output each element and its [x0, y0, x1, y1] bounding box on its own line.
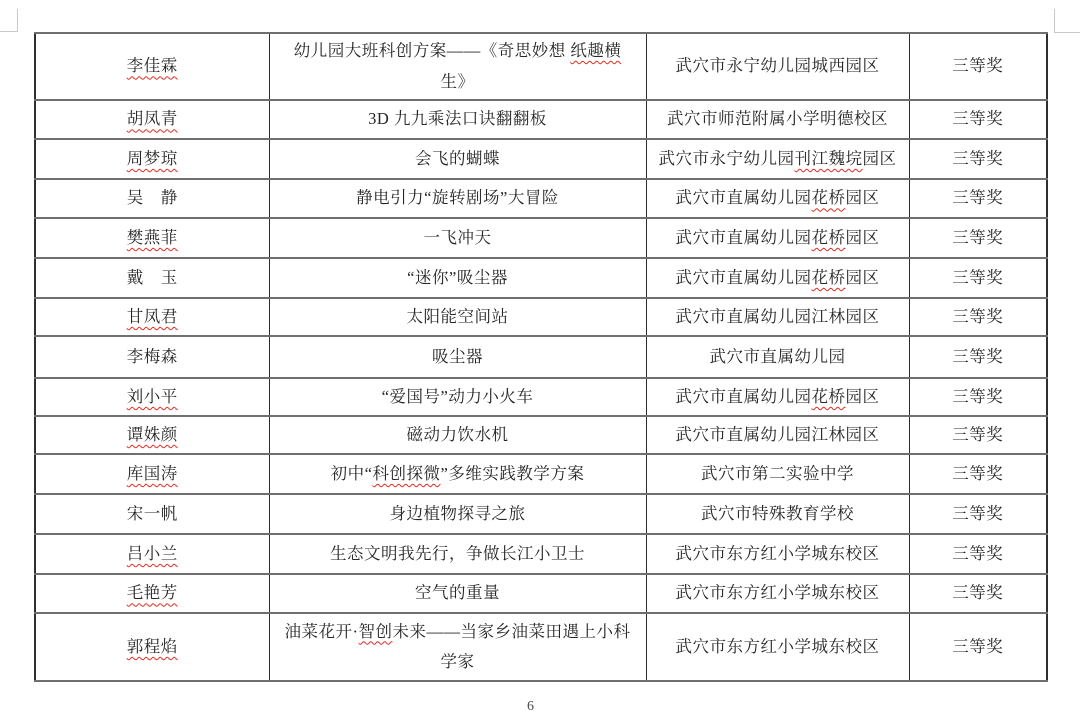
name-cell: 毛艳芳 [35, 574, 269, 613]
project-cell: “爱国号”动力小火车 [269, 378, 646, 416]
project-cell: “迷你”吸尘器 [269, 258, 646, 298]
cell-text: 园区 [846, 268, 880, 287]
name-cell: 谭姝颜 [35, 416, 269, 454]
cell-text: 武穴市直属幼儿园 [676, 268, 812, 287]
cell-text: 初中“ [331, 464, 373, 483]
table-row: 戴 玉“迷你”吸尘器武穴市直属幼儿园花桥园区三等奖 [35, 258, 1047, 298]
award-cell: 三等奖 [909, 258, 1047, 298]
spellcheck-squiggle-text: 胡凤青 [127, 109, 178, 128]
award-cell: 三等奖 [909, 33, 1047, 100]
name-cell: 樊燕菲 [35, 218, 269, 258]
cell-text: 宋一帆 [127, 504, 178, 523]
table-row: 胡凤青3D 九九乘法口诀翻翻板武穴市师范附属小学明德校区三等奖 [35, 100, 1047, 139]
award-cell: 三等奖 [909, 218, 1047, 258]
cell-text: 学家 [441, 652, 475, 671]
school-cell: 武穴市永宁幼儿园城西园区 [646, 33, 909, 100]
project-cell: 生态文明我先行，争做长江小卫士 [269, 534, 646, 574]
spellcheck-squiggle-text: 刊江魏垸 [795, 149, 863, 168]
award-cell: 三等奖 [909, 454, 1047, 494]
cell-text: 一飞冲天 [424, 228, 492, 247]
school-cell: 武穴市东方红小学城东校区 [646, 613, 909, 681]
spellcheck-squiggle-text: 毛艳芳 [127, 583, 178, 602]
table-row: 周梦琼会飞的蝴蝶武穴市永宁幼儿园刊江魏垸园区三等奖 [35, 139, 1047, 179]
spellcheck-squiggle-text: 花桥 [812, 188, 846, 207]
table-row: 库国涛初中“科创探微”多维实践教学方案武穴市第二实验中学三等奖 [35, 454, 1047, 494]
table-row: 樊燕菲一飞冲天武穴市直属幼儿园花桥园区三等奖 [35, 218, 1047, 258]
cell-text: 武穴市师范附属小学明德校区 [667, 109, 888, 128]
cell-text: 吴 静 [127, 188, 178, 207]
table-row: 吕小兰生态文明我先行，争做长江小卫士武穴市东方红小学城东校区三等奖 [35, 534, 1047, 574]
project-cell: 一飞冲天 [269, 218, 646, 258]
cell-text: 园区 [846, 387, 880, 406]
name-cell: 吴 静 [35, 179, 269, 218]
name-cell: 李佳霖 [35, 33, 269, 100]
cell-text: ”多维实践教学方案 [441, 464, 585, 483]
cell-text: 武穴市东方红小学城东校区 [676, 544, 880, 563]
cell-text: 生》 [441, 72, 475, 91]
school-cell: 武穴市直属幼儿园江林园区 [646, 298, 909, 336]
margin-corner-mark-top-left [0, 9, 18, 32]
school-cell: 武穴市直属幼儿园花桥园区 [646, 218, 909, 258]
school-cell: 武穴市直属幼儿园江林园区 [646, 416, 909, 454]
award-cell: 三等奖 [909, 416, 1047, 454]
spellcheck-squiggle-text: 樊燕菲 [127, 228, 178, 247]
cell-text: 武穴市东方红小学城东校区 [676, 637, 880, 656]
school-cell: 武穴市直属幼儿园花桥园区 [646, 378, 909, 416]
spellcheck-squiggle-text: 花桥 [812, 387, 846, 406]
name-cell: 刘小平 [35, 378, 269, 416]
award-cell: 三等奖 [909, 298, 1047, 336]
cell-text: 武穴市直属幼儿园 [676, 228, 812, 247]
spellcheck-squiggle-text: 吕小兰 [127, 544, 178, 563]
cell-text: 生态文明我先行，争做长江小卫士 [330, 544, 585, 563]
cell-text: 武穴市永宁幼儿园城西园区 [676, 56, 880, 75]
award-cell: 三等奖 [909, 378, 1047, 416]
margin-corner-mark-top-right [1054, 9, 1080, 33]
cell-text: 3D 九九乘法口诀翻翻板 [368, 109, 547, 128]
spellcheck-squiggle-text: 花桥 [812, 268, 846, 287]
cell-text: 园区 [846, 188, 880, 207]
name-cell: 周梦琼 [35, 139, 269, 179]
name-cell: 吕小兰 [35, 534, 269, 574]
project-cell: 初中“科创探微”多维实践教学方案 [269, 454, 646, 494]
project-cell: 油菜花开·智创未来——当家乡油菜田遇上小科学家 [269, 613, 646, 681]
school-cell: 武穴市东方红小学城东校区 [646, 574, 909, 613]
award-cell: 三等奖 [909, 574, 1047, 613]
table-row: 甘凤君太阳能空间站武穴市直属幼儿园江林园区三等奖 [35, 298, 1047, 336]
cell-text: 武穴市直属幼儿园江林园区 [676, 307, 880, 326]
award-cell: 三等奖 [909, 179, 1047, 218]
cell-text: 磁动力饮水机 [407, 425, 509, 444]
cell-text: 太阳能空间站 [407, 307, 509, 326]
cell-text: 武穴市特殊教育学校 [701, 504, 854, 523]
cell-text: 园区 [863, 149, 897, 168]
name-cell: 郭程焰 [35, 613, 269, 681]
cell-text: 油菜花开· [285, 622, 359, 641]
table-row: 郭程焰油菜花开·智创未来——当家乡油菜田遇上小科学家武穴市东方红小学城东校区三等… [35, 613, 1047, 681]
project-cell: 太阳能空间站 [269, 298, 646, 336]
project-cell: 磁动力饮水机 [269, 416, 646, 454]
award-cell: 三等奖 [909, 336, 1047, 378]
school-cell: 武穴市直属幼儿园花桥园区 [646, 258, 909, 298]
cell-text: 会飞的蝴蝶 [415, 149, 500, 168]
cell-text: 园区 [846, 228, 880, 247]
table-row: 毛艳芳空气的重量武穴市东方红小学城东校区三等奖 [35, 574, 1047, 613]
award-cell: 三等奖 [909, 534, 1047, 574]
cell-text: 武穴市直属幼儿园江林园区 [676, 425, 880, 444]
school-cell: 武穴市师范附属小学明德校区 [646, 100, 909, 139]
cell-text: 静电引力“旋转剧场”大冒险 [356, 188, 559, 207]
project-cell: 身边植物探寻之旅 [269, 494, 646, 534]
spellcheck-squiggle-text: 花桥 [812, 228, 846, 247]
table-row: 吴 静静电引力“旋转剧场”大冒险武穴市直属幼儿园花桥园区三等奖 [35, 179, 1047, 218]
school-cell: 武穴市直属幼儿园花桥园区 [646, 179, 909, 218]
spellcheck-squiggle-text: 刘小平 [127, 387, 178, 406]
spellcheck-squiggle-text: 郭程焰 [127, 637, 178, 656]
spellcheck-squiggle-text: 科创探微 [373, 464, 441, 483]
school-cell: 武穴市特殊教育学校 [646, 494, 909, 534]
table-row: 宋一帆身边植物探寻之旅武穴市特殊教育学校三等奖 [35, 494, 1047, 534]
award-cell: 三等奖 [909, 613, 1047, 681]
cell-text: “爱国号”动力小火车 [382, 387, 534, 406]
cell-text: 吸尘器 [432, 347, 483, 366]
page-number: 6 [527, 699, 534, 711]
cell-text: 幼儿园大班科创方案——《奇思妙想 [294, 41, 571, 60]
document-page: 李佳霖幼儿园大班科创方案——《奇思妙想 纸趣横生》武穴市永宁幼儿园城西园区三等奖… [0, 0, 1080, 711]
award-cell: 三等奖 [909, 494, 1047, 534]
school-cell: 武穴市第二实验中学 [646, 454, 909, 494]
spellcheck-squiggle-text: 库国涛 [127, 464, 178, 483]
cell-text: 李梅森 [127, 347, 178, 366]
cell-text: 武穴市东方红小学城东校区 [676, 583, 880, 602]
awards-table: 李佳霖幼儿园大班科创方案——《奇思妙想 纸趣横生》武穴市永宁幼儿园城西园区三等奖… [34, 32, 1048, 682]
name-cell: 胡凤青 [35, 100, 269, 139]
school-cell: 武穴市直属幼儿园 [646, 336, 909, 378]
project-cell: 会飞的蝴蝶 [269, 139, 646, 179]
school-cell: 武穴市永宁幼儿园刊江魏垸园区 [646, 139, 909, 179]
spellcheck-squiggle-text: 纸趣横 [570, 41, 621, 60]
project-cell: 吸尘器 [269, 336, 646, 378]
cell-text: 未来——当家乡油菜田遇上小科 [393, 622, 631, 641]
spellcheck-squiggle-text: 李佳霖 [127, 56, 178, 75]
project-cell: 空气的重量 [269, 574, 646, 613]
project-cell: 3D 九九乘法口诀翻翻板 [269, 100, 646, 139]
school-cell: 武穴市东方红小学城东校区 [646, 534, 909, 574]
cell-text: 身边植物探寻之旅 [390, 504, 526, 523]
name-cell: 戴 玉 [35, 258, 269, 298]
spellcheck-squiggle-text: 谭姝颜 [127, 425, 178, 444]
cell-text: 武穴市第二实验中学 [701, 464, 854, 483]
name-cell: 库国涛 [35, 454, 269, 494]
table-row: 谭姝颜磁动力饮水机武穴市直属幼儿园江林园区三等奖 [35, 416, 1047, 454]
spellcheck-squiggle-text: 智创 [359, 622, 393, 641]
project-cell: 幼儿园大班科创方案——《奇思妙想 纸趣横生》 [269, 33, 646, 100]
name-cell: 宋一帆 [35, 494, 269, 534]
table-row: 刘小平“爱国号”动力小火车武穴市直属幼儿园花桥园区三等奖 [35, 378, 1047, 416]
cell-text: 戴 玉 [127, 268, 178, 287]
cell-text: 武穴市直属幼儿园 [676, 387, 812, 406]
spellcheck-squiggle-text: 甘凤君 [127, 307, 178, 326]
name-cell: 李梅森 [35, 336, 269, 378]
project-cell: 静电引力“旋转剧场”大冒险 [269, 179, 646, 218]
cell-text: 空气的重量 [415, 583, 500, 602]
cell-text: 武穴市直属幼儿园 [676, 188, 812, 207]
spellcheck-squiggle-text: 周梦琼 [127, 149, 178, 168]
awards-table-body: 李佳霖幼儿园大班科创方案——《奇思妙想 纸趣横生》武穴市永宁幼儿园城西园区三等奖… [35, 33, 1047, 681]
cell-text: 武穴市永宁幼儿园 [659, 149, 795, 168]
award-cell: 三等奖 [909, 100, 1047, 139]
award-cell: 三等奖 [909, 139, 1047, 179]
table-row: 李佳霖幼儿园大班科创方案——《奇思妙想 纸趣横生》武穴市永宁幼儿园城西园区三等奖 [35, 33, 1047, 100]
name-cell: 甘凤君 [35, 298, 269, 336]
cell-text: “迷你”吸尘器 [407, 268, 508, 287]
table-row: 李梅森吸尘器武穴市直属幼儿园三等奖 [35, 336, 1047, 378]
cell-text: 武穴市直属幼儿园 [710, 347, 846, 366]
